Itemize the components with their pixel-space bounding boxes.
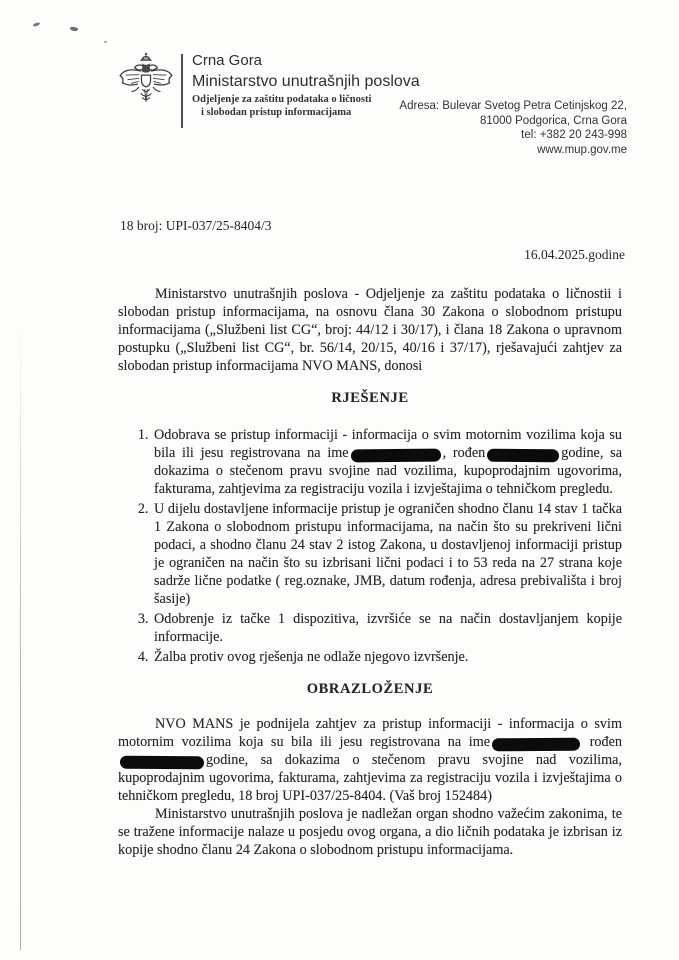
explanation-heading: OBRAZLOŽENJE — [118, 681, 622, 698]
reference-number: 18 broj: UPI-037/25-8404/3 — [120, 218, 622, 234]
letterhead-titles: Crna Gora Ministarstvo unutrašnjih poslo… — [192, 52, 420, 119]
decision-item-1-text-b: , rođen — [443, 445, 486, 461]
department-name-line1: Odjeljenje za zaštitu podataka o ličnost… — [192, 93, 420, 106]
montenegro-coat-of-arms-icon — [117, 50, 175, 112]
decision-item-1: Odobrava se pristup informaciji - inform… — [152, 426, 622, 498]
decision-item-2: U dijelu dostavljene informacije pristup… — [152, 500, 622, 608]
department-name-line2: i slobodan pristup informacijama — [192, 106, 420, 119]
explanation-paragraph-2: Ministarstvo unutrašnjih poslova je nadl… — [118, 805, 622, 859]
redaction-bar — [487, 449, 559, 463]
country-name: Crna Gora — [192, 52, 420, 69]
address-phone: tel: +382 20 243-998 — [399, 128, 627, 143]
explanation-p1-text-b: rođen — [582, 734, 622, 750]
letterhead-divider — [181, 54, 183, 128]
decision-item-4: Žalba protiv ovog rješenja ne odlaže nje… — [152, 648, 622, 666]
address-city: 81000 Podgorica, Crna Gora — [399, 114, 627, 129]
decision-list: Odobrava se pristup informaciji - inform… — [118, 426, 622, 666]
explanation-paragraph-1: NVO MANS je podnijela zahtjev za pristup… — [118, 715, 622, 805]
scanned-document-page: Crna Gora Ministarstvo unutrašnjih poslo… — [0, 0, 679, 960]
letterhead: Crna Gora Ministarstvo unutrašnjih poslo… — [0, 0, 679, 160]
redaction-bar — [492, 738, 580, 752]
scan-edge-line — [20, 320, 21, 950]
document-date: 16.04.2025.godine — [120, 247, 625, 263]
address-street: Adresa: Bulevar Svetog Petra Cetinjskog … — [399, 99, 627, 114]
decision-item-3: Odobrenje iz tačke 1 dispozitiva, izvrši… — [152, 610, 622, 646]
ministry-name: Ministarstvo unutrašnjih poslova — [192, 73, 420, 91]
redaction-bar — [351, 449, 441, 463]
decision-heading: RJEŠENJE — [118, 390, 622, 407]
intro-paragraph: Ministarstvo unutrašnjih poslova - Odjel… — [118, 285, 622, 375]
address-block: Adresa: Bulevar Svetog Petra Cetinjskog … — [399, 99, 627, 157]
address-website: www.mup.gov.me — [399, 143, 627, 158]
redaction-bar — [120, 756, 204, 770]
